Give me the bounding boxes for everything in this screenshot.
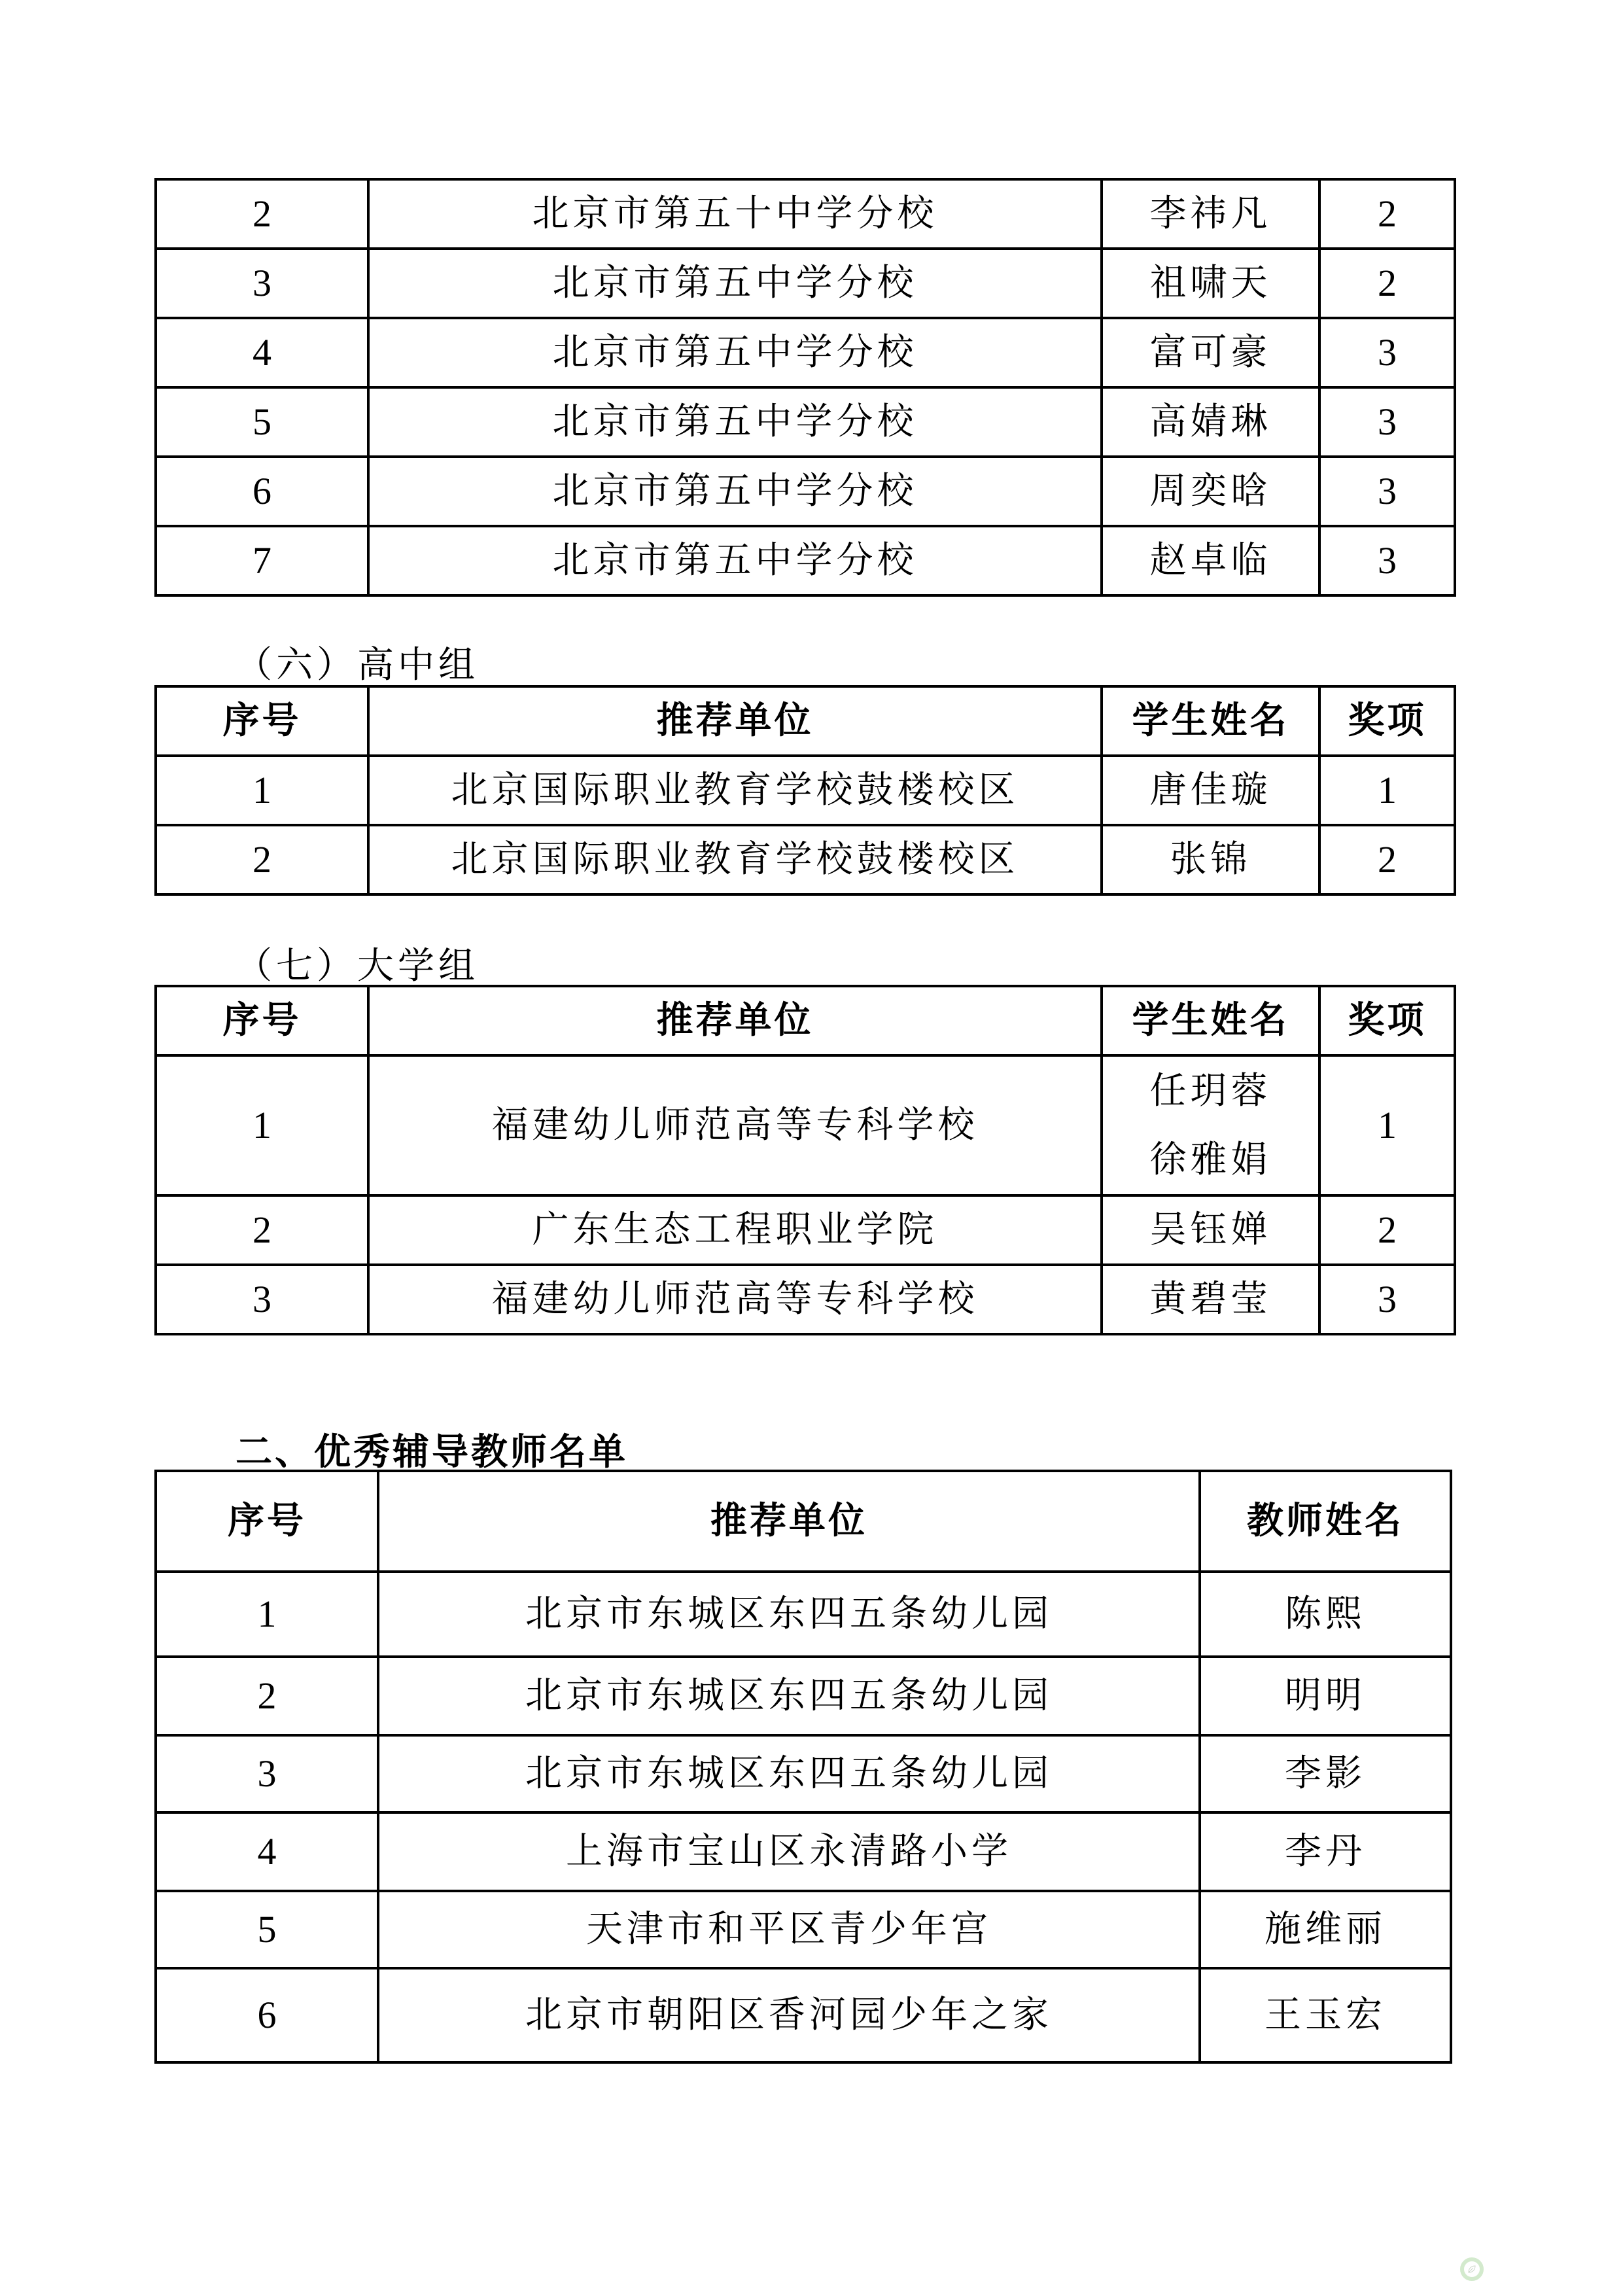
award-level: 2 [1319, 1195, 1455, 1265]
student-name: 吴钰婵 [1102, 1195, 1319, 1265]
award-level: 1 [1319, 1055, 1455, 1195]
recommending-unit: 福建幼儿师范高等专科学校 [368, 1265, 1102, 1334]
award-level: 2 [1319, 825, 1455, 894]
row-number: 5 [156, 1891, 378, 1968]
student-name: 唐佳璇 [1102, 756, 1319, 825]
row-number: 4 [156, 318, 368, 387]
recommending-unit: 北京市东城区东四五条幼儿园 [378, 1572, 1200, 1657]
teacher-name: 明明 [1200, 1657, 1451, 1735]
teacher-name: 王玉宏 [1200, 1968, 1451, 2062]
student-name: 周奕晗 [1102, 457, 1319, 526]
row-number: 3 [156, 249, 368, 318]
high-school-award-table: 序号 推荐单位 学生姓名 奖项 1 北京国际职业教育学校鼓楼校区 唐佳璇 1 2… [154, 685, 1456, 896]
row-number: 6 [156, 1968, 378, 2062]
recommending-unit: 北京国际职业教育学校鼓楼校区 [368, 825, 1102, 894]
recommending-unit: 北京市朝阳区香河园少年之家 [378, 1968, 1200, 2062]
student-name: 张锦 [1102, 825, 1319, 894]
leaf-icon-glyph [1467, 2264, 1477, 2274]
teacher-name: 李影 [1200, 1735, 1451, 1812]
table-row: 3 福建幼儿师范高等专科学校 黄碧莹 3 [156, 1265, 1455, 1334]
section-heading-high-school: （六）高中组 [236, 636, 479, 688]
column-header-number: 序号 [156, 986, 368, 1055]
recommending-unit: 天津市和平区青少年宫 [378, 1891, 1200, 1968]
row-number: 4 [156, 1812, 378, 1891]
recommending-unit: 北京市第五中学分校 [368, 318, 1102, 387]
table-row: 6 北京市第五中学分校 周奕晗 3 [156, 457, 1455, 526]
row-number: 1 [156, 1055, 368, 1195]
row-number: 3 [156, 1265, 368, 1334]
row-number: 2 [156, 1657, 378, 1735]
table-row: 7 北京市第五中学分校 赵卓临 3 [156, 526, 1455, 595]
award-level: 2 [1319, 249, 1455, 318]
table-row: 2 北京国际职业教育学校鼓楼校区 张锦 2 [156, 825, 1455, 894]
row-number: 5 [156, 387, 368, 457]
table-row: 4 北京市第五中学分校 富可豪 3 [156, 318, 1455, 387]
recommending-unit: 北京市东城区东四五条幼儿园 [378, 1735, 1200, 1812]
section-heading-university: （七）大学组 [236, 937, 479, 989]
student-name: 徐雅娟 [1103, 1125, 1318, 1194]
award-level: 3 [1319, 526, 1455, 595]
recommending-unit: 北京市第五中学分校 [368, 387, 1102, 457]
student-name: 祖啸天 [1102, 249, 1319, 318]
recommending-unit: 上海市宝山区永清路小学 [378, 1812, 1200, 1891]
table-row: 2 北京市第五十中学分校 李祎凡 2 [156, 179, 1455, 249]
recommending-unit: 福建幼儿师范高等专科学校 [368, 1055, 1102, 1195]
table-row: 2 北京市东城区东四五条幼儿园 明明 [156, 1657, 1451, 1735]
recommending-unit: 北京市第五中学分校 [368, 249, 1102, 318]
teacher-name: 陈熙 [1200, 1572, 1451, 1657]
column-header-unit: 推荐单位 [378, 1471, 1200, 1572]
document-page: 2 北京市第五十中学分校 李祎凡 2 3 北京市第五中学分校 祖啸天 2 4 北… [0, 0, 1623, 2296]
row-number: 2 [156, 1195, 368, 1265]
award-level: 2 [1319, 179, 1455, 249]
column-header-award: 奖项 [1319, 686, 1455, 756]
recommending-unit: 北京市东城区东四五条幼儿园 [378, 1657, 1200, 1735]
teacher-name: 施维丽 [1200, 1891, 1451, 1968]
row-number: 2 [156, 825, 368, 894]
student-name: 黄碧莹 [1102, 1265, 1319, 1334]
table-row: 1 福建幼儿师范高等专科学校 任玥蓉 徐雅娟 1 [156, 1055, 1455, 1195]
row-number: 7 [156, 526, 368, 595]
column-header-teacher-name: 教师姓名 [1200, 1471, 1451, 1572]
table-row: 3 北京市第五中学分校 祖啸天 2 [156, 249, 1455, 318]
table-header-row: 序号 推荐单位 学生姓名 奖项 [156, 686, 1455, 756]
award-level: 3 [1319, 318, 1455, 387]
recommending-unit: 北京市第五中学分校 [368, 526, 1102, 595]
recommending-unit: 北京市第五十中学分校 [368, 179, 1102, 249]
table-row: 1 北京市东城区东四五条幼儿园 陈熙 [156, 1572, 1451, 1657]
leaf-icon [1460, 2257, 1484, 2281]
table-row: 5 天津市和平区青少年宫 施维丽 [156, 1891, 1451, 1968]
row-number: 6 [156, 457, 368, 526]
table-row: 5 北京市第五中学分校 高婧琳 3 [156, 387, 1455, 457]
student-name: 高婧琳 [1102, 387, 1319, 457]
student-names: 任玥蓉 徐雅娟 [1102, 1055, 1319, 1195]
student-name: 赵卓临 [1102, 526, 1319, 595]
table-header-row: 序号 推荐单位 教师姓名 [156, 1471, 1451, 1572]
recommending-unit: 广东生态工程职业学院 [368, 1195, 1102, 1265]
column-header-unit: 推荐单位 [368, 986, 1102, 1055]
university-award-table: 序号 推荐单位 学生姓名 奖项 1 福建幼儿师范高等专科学校 任玥蓉 徐雅娟 1… [154, 985, 1456, 1335]
table-row: 4 上海市宝山区永清路小学 李丹 [156, 1812, 1451, 1891]
row-number: 1 [156, 1572, 378, 1657]
award-level: 3 [1319, 1265, 1455, 1334]
section-heading-teachers: 二、优秀辅导教师名单 [236, 1423, 628, 1475]
table-row: 3 北京市东城区东四五条幼儿园 李影 [156, 1735, 1451, 1812]
teacher-list-table: 序号 推荐单位 教师姓名 1 北京市东城区东四五条幼儿园 陈熙 2 北京市东城区… [154, 1470, 1452, 2064]
table-row: 1 北京国际职业教育学校鼓楼校区 唐佳璇 1 [156, 756, 1455, 825]
award-level: 1 [1319, 756, 1455, 825]
row-number: 2 [156, 179, 368, 249]
recommending-unit: 北京国际职业教育学校鼓楼校区 [368, 756, 1102, 825]
table-row: 6 北京市朝阳区香河园少年之家 王玉宏 [156, 1968, 1451, 2062]
column-header-student-name: 学生姓名 [1102, 686, 1319, 756]
student-name: 富可豪 [1102, 318, 1319, 387]
column-header-unit: 推荐单位 [368, 686, 1102, 756]
row-number: 1 [156, 756, 368, 825]
teacher-name: 李丹 [1200, 1812, 1451, 1891]
column-header-number: 序号 [156, 686, 368, 756]
award-level: 3 [1319, 387, 1455, 457]
table-row: 2 广东生态工程职业学院 吴钰婵 2 [156, 1195, 1455, 1265]
column-header-student-name: 学生姓名 [1102, 986, 1319, 1055]
recommending-unit: 北京市第五中学分校 [368, 457, 1102, 526]
table-header-row: 序号 推荐单位 学生姓名 奖项 [156, 986, 1455, 1055]
student-name: 任玥蓉 [1103, 1057, 1318, 1125]
column-header-award: 奖项 [1319, 986, 1455, 1055]
row-number: 3 [156, 1735, 378, 1812]
continued-award-table: 2 北京市第五十中学分校 李祎凡 2 3 北京市第五中学分校 祖啸天 2 4 北… [154, 178, 1456, 597]
award-level: 3 [1319, 457, 1455, 526]
column-header-number: 序号 [156, 1471, 378, 1572]
student-name: 李祎凡 [1102, 179, 1319, 249]
